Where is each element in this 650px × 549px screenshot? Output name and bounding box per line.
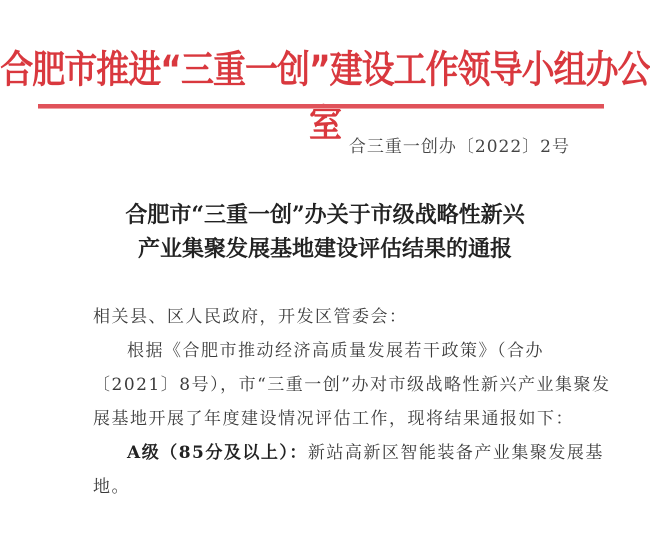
grade-a-label: A级（85分及以上）： bbox=[127, 443, 308, 463]
document-title-line-1: 合肥市“三重一创”办关于市级战略性新兴 bbox=[0, 198, 650, 232]
document-title-line-2: 产业集聚发展基地建设评估结果的通报 bbox=[0, 232, 650, 266]
salutation: 相关县、区人民政府，开发区管委会： bbox=[93, 300, 613, 334]
paragraph-1: 根据《合肥市推动经济高质量发展若干政策》（合办〔2021〕8号），市“三重一创”… bbox=[93, 334, 613, 436]
letterhead-red-rule bbox=[38, 104, 604, 109]
document-body: 相关县、区人民政府，开发区管委会： 根据《合肥市推动经济高质量发展若干政策》（合… bbox=[93, 300, 613, 504]
document-number: 合三重一创办〔2022〕2号 bbox=[349, 132, 570, 157]
document-title: 合肥市“三重一创”办关于市级战略性新兴 产业集聚发展基地建设评估结果的通报 bbox=[0, 198, 650, 266]
grade-a-paragraph: A级（85分及以上）：新站高新区智能装备产业集聚发展基地。 bbox=[93, 436, 613, 504]
